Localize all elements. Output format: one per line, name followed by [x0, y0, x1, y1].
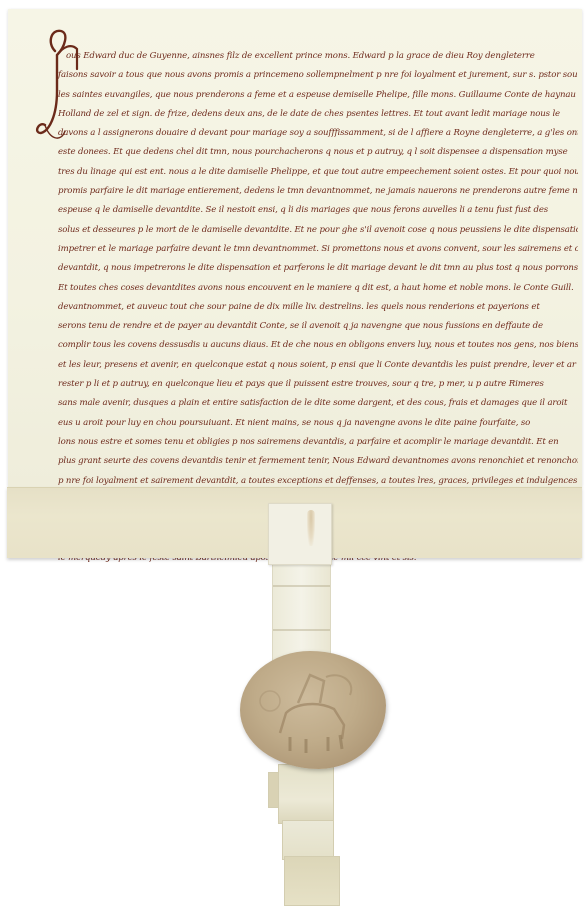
text-line: lons nous estre et somes tenu et obligie… [58, 433, 578, 452]
text-line: serons tenu de rendre et de payer au dev… [58, 317, 578, 336]
text-line: plus grant seurte des covens devantdis t… [58, 452, 578, 471]
charter-parchment: ous Edward duc de Guyenne, ainsnes filz … [8, 9, 582, 487]
text-line: devantnommet, et auveuc tout che sour pa… [58, 298, 578, 317]
text-line: devantdit, q nous impetrerons le dite di… [58, 259, 578, 278]
stain-mark [307, 510, 315, 546]
text-line: davons a l assignerons douaire d devant … [58, 124, 578, 143]
text-line: espeuse q le damiselle devantdite. Se il… [58, 201, 578, 220]
text-line: rester p li et p autruy, en quelconque l… [58, 375, 578, 394]
text-line: ous Edward duc de Guyenne, ainsnes filz … [58, 47, 578, 66]
text-line: eus u aroit pour luy en chou poursuiuant… [58, 414, 578, 433]
text-line: faisons savoir a tous que nous avons pro… [58, 66, 578, 85]
text-line: et les leur, presens et avenir, en quelc… [58, 356, 578, 375]
text-line: Holland de zel et sign. de frize, dedens… [58, 105, 578, 124]
seal-tag-bottom [276, 762, 340, 910]
text-line: les saintes euvangiles, que nous prender… [58, 86, 578, 105]
text-line: tres du linage qui est ent. nous a le di… [58, 163, 578, 182]
text-line: impetrer et le mariage parfaire devant l… [58, 240, 578, 259]
wax-seal [240, 651, 386, 769]
text-line: promis parfaire le dit mariage entiereme… [58, 182, 578, 201]
text-line: este donees. Et que dedens chel dit tmn,… [58, 143, 578, 162]
equestrian-seal-impression-icon [240, 651, 386, 769]
text-line: sans male avenir, dusques a plain et ent… [58, 394, 578, 413]
text-line: solus et desseures p le mort de le damis… [58, 221, 578, 240]
text-line: complir tous les covens dessusdis u aucu… [58, 336, 578, 355]
seal-tag-top [268, 503, 332, 565]
text-line: Et toutes ches coses devantdites avons n… [58, 279, 578, 298]
